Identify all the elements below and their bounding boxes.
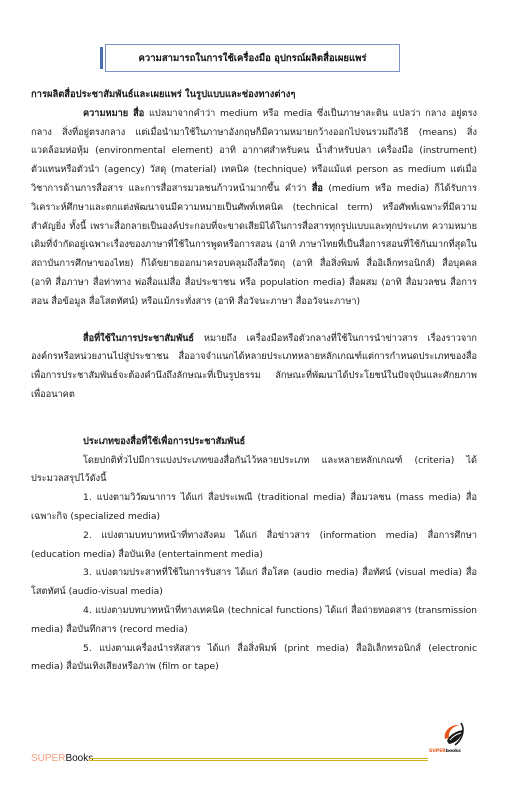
list-item: 4. แบ่งตามบทบาทหน้าที่ทางเทคนิค (technic… bbox=[31, 602, 477, 640]
document-page: ความสามารถในการใช้เครื่องมือ อุปกรณ์ผลิต… bbox=[0, 0, 506, 799]
title-accent-bar bbox=[100, 47, 103, 69]
spacer bbox=[31, 312, 477, 330]
spacer bbox=[31, 405, 477, 433]
paragraph-lead: สื่อที่ใช้ในการประชาสัมพันธ์ bbox=[83, 333, 194, 344]
list-item: 1. แบ่งตามวิวัฒนาการ ได้แก่ สื่อประเพณี … bbox=[31, 489, 477, 527]
list-text: แบ่งตามเครื่องนำรหัสสาร ได้แก่ สื่อสิ่งพ… bbox=[31, 643, 477, 673]
footer-double-rule bbox=[89, 758, 428, 761]
bold-term: สื่อ bbox=[312, 183, 323, 194]
brand-super: SUPER bbox=[31, 753, 65, 764]
logo-wordmark: SUPERbooks bbox=[429, 749, 461, 754]
logo-books: books bbox=[446, 749, 461, 754]
list-number: 4. bbox=[83, 605, 92, 616]
list-number: 1. bbox=[83, 492, 92, 503]
list-text: แบ่งตามประสาทที่ใช้ในการรับสาร ได้แก่ สื… bbox=[31, 567, 477, 597]
title-block: ความสามารถในการใช้เครื่องมือ อุปกรณ์ผลิต… bbox=[100, 44, 400, 72]
list-text: แบ่งตามบทบาทหน้าที่ทางเทคนิค (technical … bbox=[31, 605, 477, 635]
document-body: การผลิตสื่อประชาสัมพันธ์และเผยแพร่ ในรูป… bbox=[31, 86, 477, 677]
list-item: 5. แบ่งตามเครื่องนำรหัสสาร ได้แก่ สื่อสิ… bbox=[31, 640, 477, 678]
paragraph-text-continued: (medium หรือ media) ก็ได้รับการวิเคราะห์… bbox=[31, 183, 477, 307]
list-number: 5. bbox=[83, 643, 92, 654]
page-footer: SUPERBooks SUPERbooks bbox=[31, 749, 481, 771]
types-heading: ประเภทของสื่อที่ใช้เพื่อการประชาสัมพันธ์ bbox=[31, 433, 477, 452]
list-number: 2. bbox=[83, 530, 92, 541]
list-text: แบ่งตามบทบาทหน้าที่ทางสังคม ได้แก่ สื่อข… bbox=[31, 530, 477, 560]
section-heading: การผลิตสื่อประชาสัมพันธ์และเผยแพร่ ในรูป… bbox=[31, 86, 477, 105]
list-text: แบ่งตามวิวัฒนาการ ได้แก่ สื่อประเพณี (tr… bbox=[31, 492, 477, 522]
paragraph-pr-media: สื่อที่ใช้ในการประชาสัมพันธ์ หมายถึง เคร… bbox=[31, 330, 477, 405]
list-item: 3. แบ่งตามประสาทที่ใช้ในการรับสาร ได้แก่… bbox=[31, 564, 477, 602]
page-title: ความสามารถในการใช้เครื่องมือ อุปกรณ์ผลิต… bbox=[105, 44, 400, 72]
book-swoosh-icon bbox=[441, 721, 465, 747]
list-item: 2. แบ่งตามบทบาทหน้าที่ทางสังคม ได้แก่ สื… bbox=[31, 527, 477, 565]
logo-super: SUPER bbox=[429, 749, 446, 754]
superbooks-logo: SUPERbooks bbox=[429, 721, 475, 765]
footer-brand: SUPERBooks bbox=[31, 753, 93, 764]
paragraph-meaning-of-media: ความหมาย สื่อ แปลมาจากคำว่า medium หรือ … bbox=[31, 105, 477, 312]
types-intro: โดยปกติทั่วไปมีการแบ่งประเภทของสื่อกันไว… bbox=[31, 452, 477, 490]
list-number: 3. bbox=[83, 567, 92, 578]
paragraph-text: แปลมาจากคำว่า medium หรือ media ซึ่งเป็น… bbox=[31, 108, 477, 194]
paragraph-lead: ความหมาย สื่อ bbox=[83, 108, 144, 119]
